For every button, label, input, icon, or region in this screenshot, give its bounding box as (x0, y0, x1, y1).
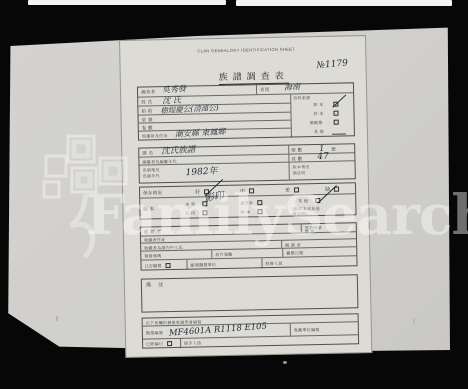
film-edge-left (28, 0, 226, 5)
film-speck (56, 316, 58, 321)
section-library-use: 以下各欄由猶他家譜學會填寫 微捲編號 MF4601A R1118 E105 收藏… (142, 313, 360, 348)
section-remarks: 備 註 (141, 274, 359, 312)
surveyor-label: 調查者 (141, 89, 156, 94)
checkbox-filmed (165, 263, 170, 268)
surname-label: 姓 氏 (141, 99, 152, 104)
film-number-label: 微捲號碼 (144, 253, 161, 258)
divider (180, 339, 181, 348)
other-underline (332, 133, 346, 134)
divider (282, 249, 283, 257)
section-identity: 調查者 吳秀發 省別 海南 姓 氏 沈 氏 始 祖 樹煌慶公(清遠公) 堂 號 (137, 82, 355, 140)
divider (261, 258, 262, 268)
volume-unit-label: 冊 (331, 147, 336, 152)
staff-label: 經手人員 (184, 340, 201, 345)
edition-note-line2: 請註明 (293, 170, 306, 175)
pub-year-value: 1982年 (185, 167, 217, 177)
divider (290, 324, 291, 336)
hall-label: 堂 號 (142, 117, 153, 122)
edition-note-line1: 版本情況 (293, 164, 310, 169)
divider (211, 250, 212, 258)
checkbox-cataloged (167, 341, 172, 346)
genealogy-title-value: 沈氏族譜 (161, 146, 195, 156)
divider (256, 85, 257, 94)
checkbox-microfilm (334, 120, 339, 125)
volume-count-label: 冊 數 (291, 147, 302, 152)
section-title-volume: 譜 名 沈氏族譜 編纂者及編纂年代 出版地及 出版年代 1982年 冊 數 1 … (138, 143, 356, 183)
surname-value: 沈 氏 (162, 96, 181, 105)
microfilm-scan: CLAN GENEALOGY IDENTIFICATION SHEET 族譜調查… (0, 0, 468, 389)
source-box: 資料來源 原 本 抄 本 微縮捲 其 他 (291, 93, 355, 137)
handler-label: 經辦人員 (265, 260, 282, 265)
volumes-label: 卷 數 (142, 125, 153, 130)
negative-count-label: 底片張數 (215, 252, 232, 257)
serial-number: №1179 (316, 59, 348, 70)
source-opt-microfilm: 微縮捲 (310, 120, 323, 125)
row-publication: 出版地及 出版年代 1982年 (140, 163, 289, 183)
pub-label-line2: 出版年代 (143, 173, 160, 178)
film-id-label: 微捲編號 (146, 330, 163, 335)
sheet-caption: CLAN GENEALOGY IDENTIFICATION SHEET (176, 46, 316, 54)
source-opt-other: 其 他 (314, 129, 324, 134)
library-header-label: 以下各欄由猶他家譜學會填寫 (146, 319, 202, 325)
compiler-label: 編纂者及編纂年代 (142, 158, 176, 164)
cataloged-label: 已經編目 (146, 341, 163, 346)
film-edge-right (236, 0, 452, 6)
row-edition-note: 版本情況 請註明 (289, 161, 354, 179)
divider (186, 260, 187, 270)
familysearch-watermark: FamilySearch (86, 182, 468, 247)
s2-left-pane: 譜 名 沈氏族譜 編纂者及編纂年代 出版地及 出版年代 1982年 (139, 146, 290, 183)
pub-label-line1: 出版地及 (143, 167, 160, 172)
unit-id-label: 收藏單位編號 (294, 327, 320, 333)
identity-left-pane: 姓 氏 沈 氏 始 祖 樹煌慶公(清遠公) 堂 號 卷 數 始遷祖及住址 潮安縣… (138, 95, 292, 141)
filming-unit-label: 縮微攝製單位 (190, 262, 216, 268)
page-count-value: 47 (317, 153, 329, 162)
film-id-value: MF4601A R1118 E105 (169, 323, 268, 338)
source-opt-copy: 抄 本 (313, 111, 323, 116)
surveyor-value: 吳秀發 (162, 85, 186, 94)
source-opt-original: 原 本 (313, 102, 323, 107)
remarks-label: 備 註 (146, 282, 167, 288)
filmed-label: 已否攝製 (144, 263, 161, 268)
genealogy-title-label: 譜 名 (142, 150, 153, 155)
page-count-label: 頁 數 (291, 156, 302, 161)
province-label: 省別 (260, 87, 270, 92)
ancestor-label: 始 祖 (141, 108, 152, 113)
film-speck (413, 318, 415, 324)
row-migrant-ancestor: 始遷祖及住址 潮安縣 東鳳鄉 (139, 129, 291, 141)
film-speck (283, 361, 287, 364)
checkbox-copy (333, 111, 338, 116)
province-value: 海南 (284, 83, 300, 92)
migrant-value: 潮安縣 東鳳鄉 (175, 128, 226, 139)
s2-right-pane: 冊 數 1 冊 頁 數 47 版本情況 請註明 (289, 144, 355, 179)
filming-date-label: 攝製日期 (286, 250, 303, 255)
migrant-label: 始遷祖及住址 (142, 133, 168, 139)
source-header: 資料來源 (293, 95, 310, 100)
